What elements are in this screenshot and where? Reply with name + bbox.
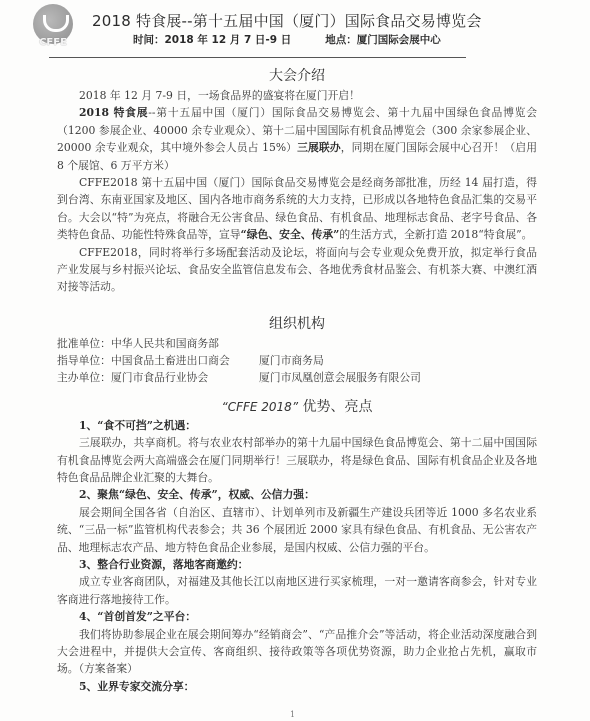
document-header: CFFE 2018 特食展--第十五届中国（厦门）国际食品交易博览会 时间：20…: [0, 0, 590, 52]
intro-bold-joint: 三展联办: [297, 141, 341, 154]
org-row-approval: 批准单位： 中华人民共和国商务部: [57, 335, 537, 352]
highlights-title: “CFFE 2018” 优势、亮点: [57, 397, 537, 417]
page-number: 1: [290, 710, 295, 719]
logo-text: CFFE: [32, 37, 74, 48]
highlight-heading-4: 4、“首创首发”之平台：: [57, 608, 537, 625]
document-body: 大会介绍 2018 年 12 月 7-9 日，一场食品界的盛宴将在厦门开启！ 2…: [57, 64, 537, 695]
highlight-heading-1: 1、“食不可挡”之机遇：: [57, 417, 537, 434]
highlight-body-2: 展会期间全国各省（自治区、直辖市）、计划单列市及新疆生产建设兵团等近 1000 …: [57, 504, 537, 556]
highlight-heading-3: 3、整合行业资源，落地客商邀约：: [57, 556, 537, 573]
org-title: 组织机构: [57, 314, 537, 334]
intro-paragraph-4: CFFE2018，同时将举行多场配套活动及论坛，将面向与会专业观众免费开放，拟定…: [57, 244, 537, 296]
org-row-guidance: 指导单位： 中国食品土畜进出口商会 厦门市商务局: [57, 352, 537, 369]
intro-paragraph-1: 2018 年 12 月 7-9 日，一场食品界的盛宴将在厦门开启！: [57, 87, 537, 104]
cffe-logo-icon: CFFE: [32, 4, 74, 52]
event-location: 地点：厦门国际会展中心: [325, 34, 441, 46]
document-title: 2018 特食展--第十五届中国（厦门）国际食品交易博览会: [92, 10, 482, 31]
highlight-body-4: 我们将协助参展企业在展会期间筹办“经销商会”、“产品推介会”等活动，将企业活动深…: [57, 626, 537, 678]
header-divider: [49, 57, 466, 58]
highlight-body-1: 三展联办，共享商机。将与农业农村部举办的第十九届中国绿色食品博览会、第十二届中国…: [57, 434, 537, 486]
intro-paragraph-3: CFFE2018 第十五届中国（厦门）国际食品交易博览会是经商务部批准，历经 1…: [57, 174, 537, 244]
highlight-heading-2: 2、聚焦“绿色、安全、传承”，权威、公信力强：: [57, 486, 537, 503]
event-time: 时间：2018 年 12 月 7 日-9 日: [133, 34, 291, 46]
intro-title: 大会介绍: [57, 66, 537, 86]
highlight-body-3: 成立专业客商团队，对福建及其他长江以南地区进行买家梳理，一对一邀请客商参会，针对…: [57, 573, 537, 608]
intro-paragraph-2: 2018 特食展--第十五届中国（厦门）国际食品交易博览会、第十九届中国绿色食品…: [57, 104, 537, 174]
event-info: 时间：2018 年 12 月 7 日-9 日地点：厦门国际会展中心: [133, 32, 441, 47]
intro-bold-slogan: “绿色、安全、传承”: [241, 228, 340, 241]
org-row-host: 主办单位： 厦门市食品行业协会 厦门市凤凰创意会展服务有限公司: [57, 369, 537, 386]
highlight-heading-5: 5、业界专家交流分享：: [57, 678, 537, 695]
intro-bold-name: 2018 特食展: [79, 106, 148, 119]
